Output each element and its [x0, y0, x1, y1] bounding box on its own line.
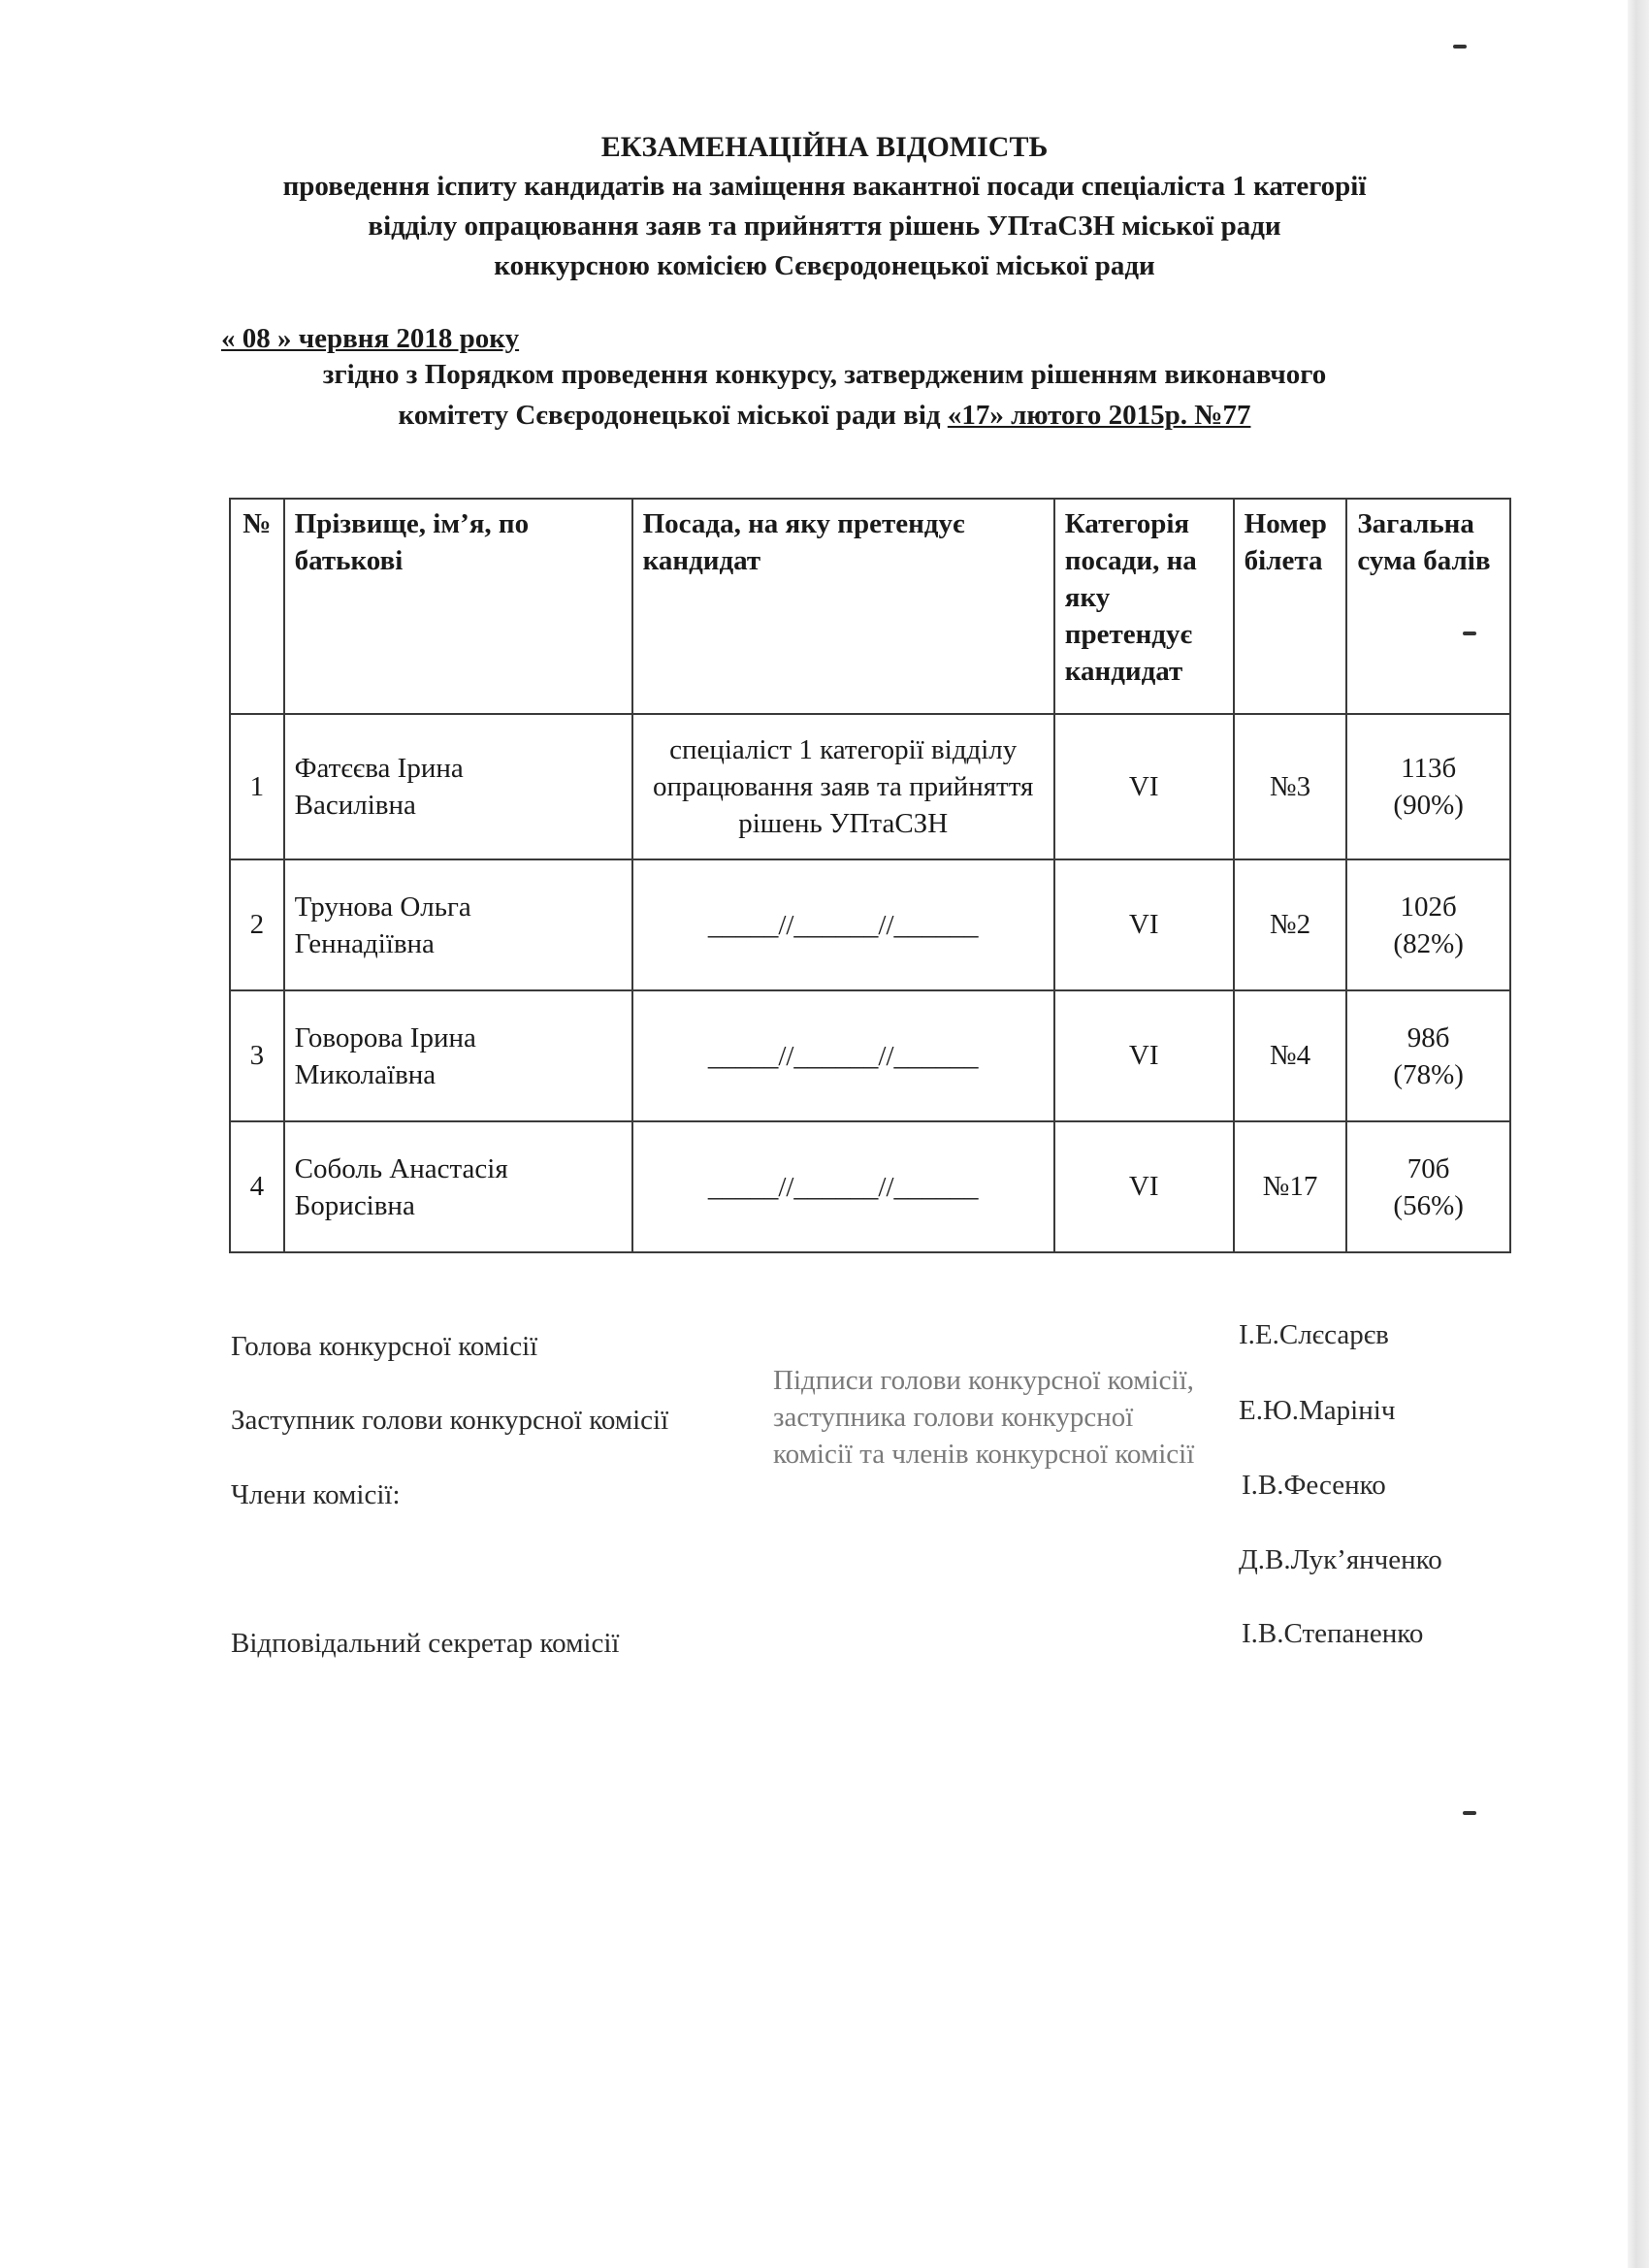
decision-reference: «17» лютого 2015р. №77 [948, 400, 1251, 431]
row-number: 1 [230, 714, 284, 859]
position: спеціаліст 1 категорії відділу опрацюван… [632, 714, 1054, 859]
signatures-note: Підписи голови конкурсної комісії, засту… [773, 1362, 1200, 1473]
table-header-row: № Прізвище, ім’я, по батькові Посада, на… [230, 499, 1510, 714]
row-number: 2 [230, 859, 284, 990]
score-percent: (56%) [1357, 1187, 1500, 1224]
surname-first-name: Трунова Ольга [295, 889, 622, 925]
table-row: 2 Трунова ОльгаГеннадіївна _____//______… [230, 859, 1510, 990]
exam-date: « 08 » червня 2018 року [221, 323, 519, 355]
score-points: 102б [1357, 889, 1500, 925]
header-position: Посада, на яку претендує кандидат [632, 499, 1054, 714]
position: _____//______//______ [632, 990, 1054, 1121]
table-row: 1 Фатєєва ІринаВасилівна спеціаліст 1 ка… [230, 714, 1510, 859]
ticket-number: №3 [1234, 714, 1347, 859]
name-secretary: І.В.Степаненко [1242, 1618, 1423, 1650]
surname-first-name: Фатєєва Ірина [295, 750, 622, 787]
table-row: 4 Соболь АнастасіяБорисівна _____//_____… [230, 1121, 1510, 1252]
score-percent: (90%) [1357, 787, 1500, 824]
category: VI [1054, 1121, 1234, 1252]
category: VI [1054, 859, 1234, 990]
basis-line: комітету Сєвєродонецької міської ради ві… [0, 395, 1649, 436]
subtitle-line: проведення іспиту кандидатів на заміщенн… [0, 167, 1649, 207]
ticket-number: №4 [1234, 990, 1347, 1121]
ticket-number: №17 [1234, 1121, 1347, 1252]
category: VI [1054, 990, 1234, 1121]
role-secretary: Відповідальний секретар комісії [231, 1628, 619, 1660]
basis-line: згідно з Порядком проведення конкурсу, з… [0, 354, 1649, 395]
subtitle-line: конкурсною комісією Сєвєродонецької місь… [0, 246, 1649, 286]
header-full-name: Прізвище, ім’я, по батькові [284, 499, 632, 714]
candidate-name: Трунова ОльгаГеннадіївна [284, 859, 632, 990]
scan-speck [1453, 45, 1467, 49]
header-category: Категорія посади, на яку претендує канди… [1054, 499, 1234, 714]
row-number: 3 [230, 990, 284, 1121]
score-points: 70б [1357, 1150, 1500, 1187]
total-score: 113б(90%) [1346, 714, 1510, 859]
document-title: ЕКЗАМЕНАЦІЙНА ВІДОМІСТЬ [0, 131, 1649, 164]
scan-edge-shadow [1628, 0, 1649, 2268]
surname-first-name: Говорова Ірина [295, 1020, 622, 1056]
score-points: 98б [1357, 1020, 1500, 1056]
patronymic: Василівна [295, 787, 622, 824]
row-number: 4 [230, 1121, 284, 1252]
ticket-number: №2 [1234, 859, 1347, 990]
header-number: № [230, 499, 284, 714]
results-table: № Прізвище, ім’я, по батькові Посада, на… [229, 498, 1511, 1253]
header-total-score: Загальна сума балів [1346, 499, 1510, 714]
score-points: 113б [1357, 750, 1500, 787]
position: _____//______//______ [632, 859, 1054, 990]
scan-speck [1463, 1811, 1476, 1815]
patronymic: Геннадіївна [295, 925, 622, 962]
patronymic: Борисівна [295, 1187, 622, 1224]
total-score: 70б(56%) [1346, 1121, 1510, 1252]
candidate-name: Говорова ІринаМиколаївна [284, 990, 632, 1121]
header-ticket: Номер білета [1234, 499, 1347, 714]
subtitle-line: відділу опрацювання заяв та прийняття рі… [0, 207, 1649, 246]
basis-prefix: комітету Сєвєродонецької міської ради ві… [399, 400, 948, 431]
surname-first-name: Соболь Анастасія [295, 1150, 622, 1187]
patronymic: Миколаївна [295, 1056, 622, 1093]
name-member-1: І.В.Фесенко [1242, 1470, 1386, 1502]
role-members: Члени комісії: [231, 1479, 401, 1511]
name-deputy: Е.Ю.Марініч [1239, 1395, 1395, 1427]
legal-basis: згідно з Порядком проведення конкурсу, з… [0, 354, 1649, 436]
name-member-2: Д.В.Лук’янченко [1239, 1544, 1442, 1576]
score-percent: (78%) [1357, 1056, 1500, 1093]
category: VI [1054, 714, 1234, 859]
total-score: 98б(78%) [1346, 990, 1510, 1121]
role-chair: Голова конкурсної комісії [231, 1331, 537, 1363]
candidate-name: Фатєєва ІринаВасилівна [284, 714, 632, 859]
name-chair: І.Е.Слєсарєв [1239, 1319, 1389, 1351]
role-deputy: Заступник голови конкурсної комісії [231, 1405, 668, 1437]
candidate-name: Соболь АнастасіяБорисівна [284, 1121, 632, 1252]
score-percent: (82%) [1357, 925, 1500, 962]
table-row: 3 Говорова ІринаМиколаївна _____//______… [230, 990, 1510, 1121]
total-score: 102б(82%) [1346, 859, 1510, 990]
document-subtitle: проведення іспиту кандидатів на заміщенн… [0, 167, 1649, 286]
position: _____//______//______ [632, 1121, 1054, 1252]
